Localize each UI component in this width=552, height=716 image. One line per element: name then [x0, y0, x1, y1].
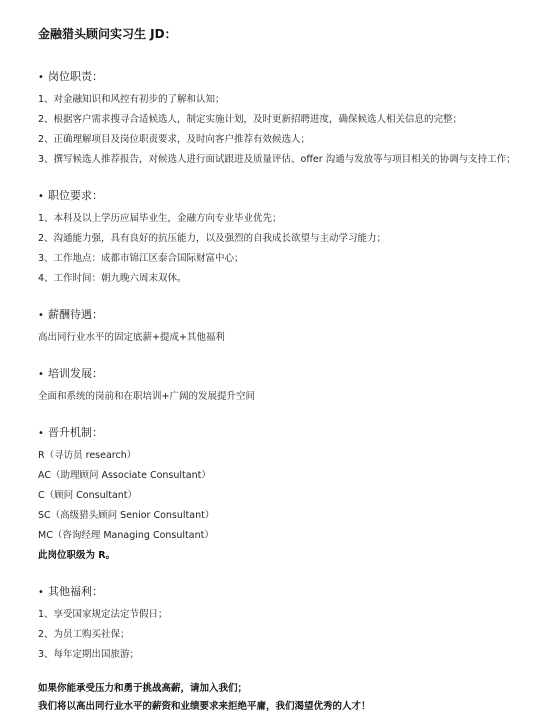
section-header-label: 岗位职责： [48, 70, 103, 83]
section-header-label: 晋升机制： [48, 426, 103, 439]
section-line: 此岗位职级为 R。 [38, 546, 512, 566]
bullet-icon: • [38, 67, 48, 88]
section-4: •晋升机制：R（寻访员 research）AC（助理顾问 Associate C… [38, 422, 512, 566]
section-5: •其他福利：1、享受国家规定法定节假日；2、为员工购买社保；3、每年定期出国旅游… [38, 581, 512, 665]
section-line: 1、对金融知识和风控有初步的了解和认知； [38, 90, 512, 110]
section-line: R（寻访员 research） [38, 446, 512, 466]
section-header: •晋升机制： [38, 422, 512, 444]
section-line: 2、为员工购买社保； [38, 625, 512, 645]
section-line: 2、沟通能力强，具有良好的抗压能力，以及强烈的自我成长欲望与主动学习能力； [38, 229, 512, 249]
bullet-icon: • [38, 423, 48, 444]
section-2: •薪酬待遇：高出同行业水平的固定底薪+提成+其他福利 [38, 304, 512, 348]
closing-block: 如果你能承受压力和勇于挑战高薪，请加入我们；我们将以高出同行业水平的薪资和业绩要… [38, 680, 512, 716]
bullet-icon: • [38, 186, 48, 207]
section-line: 1、享受国家规定法定节假日； [38, 605, 512, 625]
section-header: •薪酬待遇： [38, 304, 512, 326]
section-line: SC（高级猎头顾问 Senior Consultant） [38, 506, 512, 526]
closing-line: 我们将以高出同行业水平的薪资和业绩要求来拒绝平庸，我们渴望优秀的人才！ [38, 698, 512, 716]
section-line: 2、根据客户需求搜寻合适候选人，制定实施计划，及时更新招聘进度，确保候选人相关信… [38, 110, 512, 130]
section-line: 2、正确理解项目及岗位职责要求，及时向客户推荐有效候选人； [38, 130, 512, 150]
section-line: 3、每年定期出国旅游； [38, 645, 512, 665]
section-line: C（顾问 Consultant） [38, 486, 512, 506]
section-header: •职位要求： [38, 185, 512, 207]
section-line: AC（助理顾问 Associate Consultant） [38, 466, 512, 486]
closing-line: 如果你能承受压力和勇于挑战高薪，请加入我们； [38, 680, 512, 698]
section-line: 高出同行业水平的固定底薪+提成+其他福利 [38, 328, 512, 348]
section-line: 全面和系统的岗前和在职培训+广阔的发展提升空间 [38, 387, 512, 407]
section-header-label: 其他福利： [48, 585, 103, 598]
section-line: MC（咨询经理 Managing Consultant） [38, 526, 512, 546]
section-3: •培训发展：全面和系统的岗前和在职培训+广阔的发展提升空间 [38, 363, 512, 407]
bullet-icon: • [38, 582, 48, 603]
section-header: •培训发展： [38, 363, 512, 385]
sections-container: •岗位职责：1、对金融知识和风控有初步的了解和认知；2、根据客户需求搜寻合适候选… [38, 66, 512, 665]
section-header: •其他福利： [38, 581, 512, 603]
section-line: 3、工作地点：成都市锦江区泰合国际财富中心； [38, 249, 512, 269]
section-header-label: 培训发展： [48, 367, 103, 380]
section-header: •岗位职责： [38, 66, 512, 88]
section-1: •职位要求：1、本科及以上学历应届毕业生，金融方向专业毕业优先；2、沟通能力强，… [38, 185, 512, 289]
bullet-icon: • [38, 364, 48, 385]
section-header-label: 薪酬待遇： [48, 308, 103, 321]
jd-document: 金融猎头顾问实习生 JD： •岗位职责：1、对金融知识和风控有初步的了解和认知；… [0, 0, 552, 716]
bullet-icon: • [38, 305, 48, 326]
section-line: 1、本科及以上学历应届毕业生，金融方向专业毕业优先； [38, 209, 512, 229]
section-line: 4、工作时间：朝九晚六周末双休。 [38, 269, 512, 289]
page-title: 金融猎头顾问实习生 JD： [38, 26, 512, 42]
section-header-label: 职位要求： [48, 189, 103, 202]
section-0: •岗位职责：1、对金融知识和风控有初步的了解和认知；2、根据客户需求搜寻合适候选… [38, 66, 512, 170]
section-line: 3、撰写候选人推荐报告，对候选人进行面试跟进及质量评估、offer 沟通与发放等… [38, 150, 512, 170]
